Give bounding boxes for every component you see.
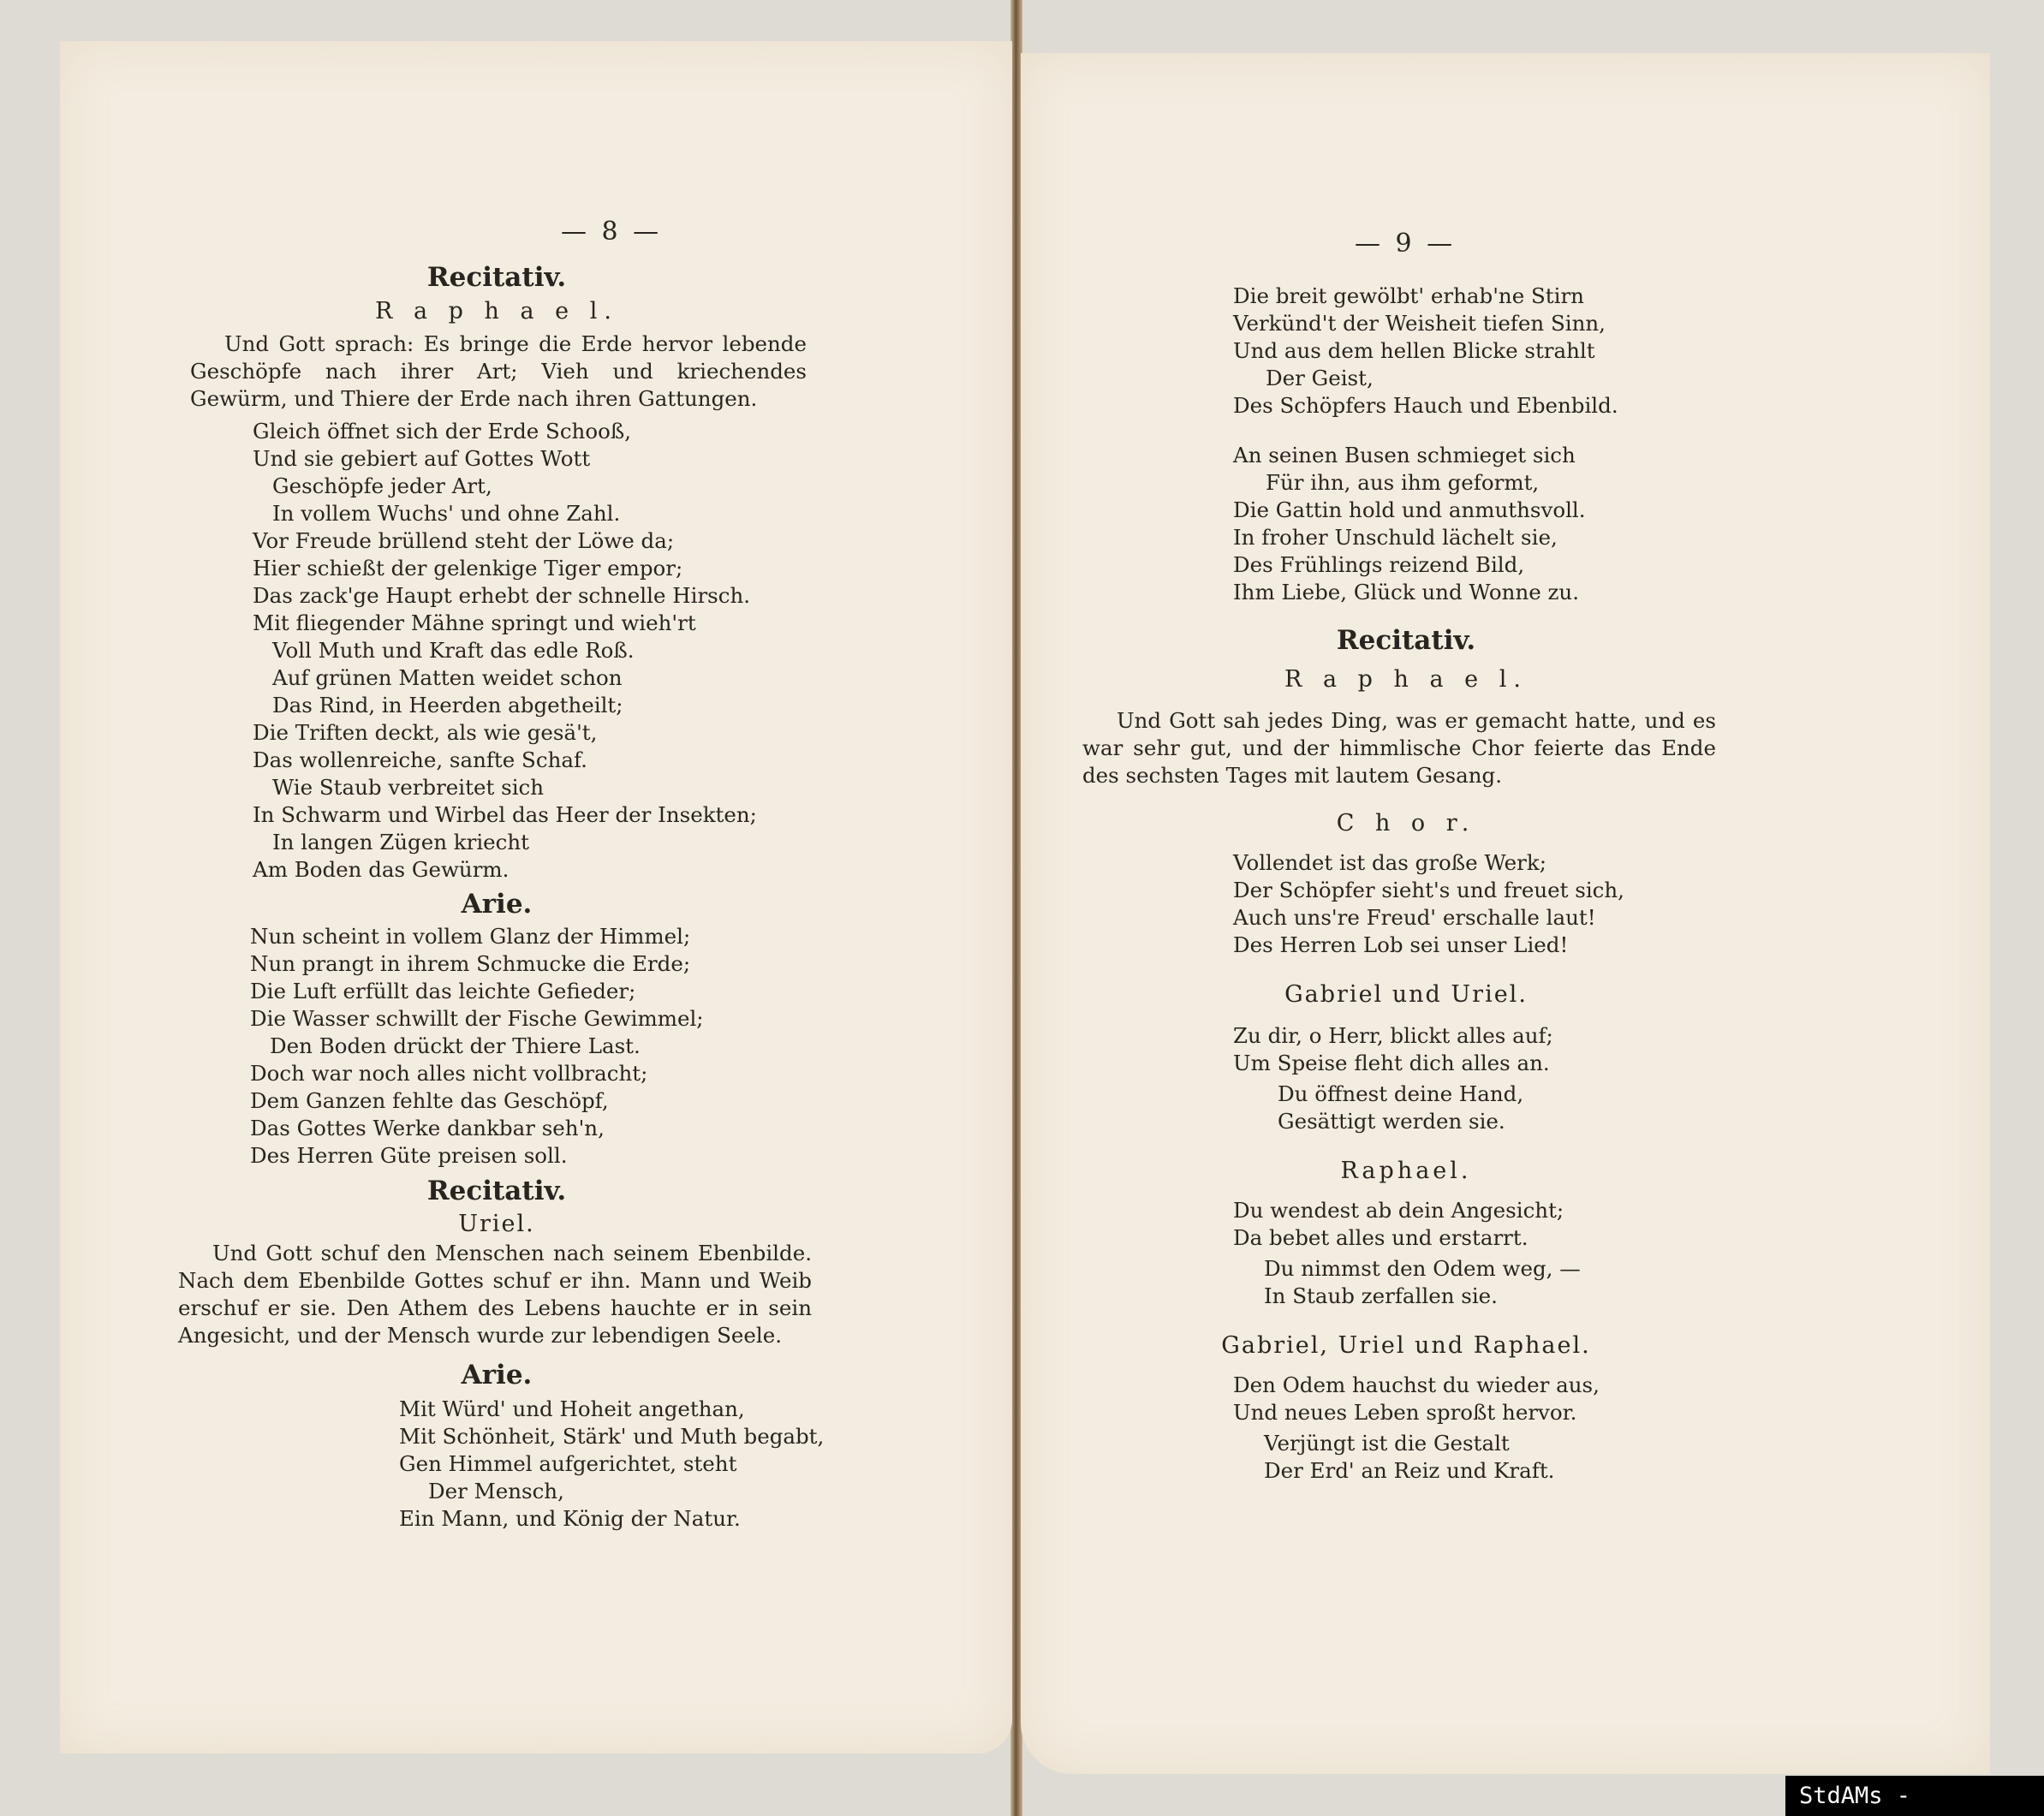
verse-line: Du öffnest deine Hand, [1278,1081,1523,1108]
verse-line: Des Herren Lob sei unser Lied! [1233,932,1568,959]
verse-line: Für ihn, aus ihm geformt, [1266,469,1539,497]
section-heading: Arie. [368,889,625,920]
verse-line: Auf grünen Matten weidet schon [272,664,623,692]
verse-line: Der Mensch, [428,1478,564,1505]
speaker-name: R a p h a e l. [1278,666,1534,693]
verse-line: Hier schießt der gelenkige Tiger empor; [253,555,682,582]
verse-line: Die Triften deckt, als wie gesä't, [253,719,597,747]
verse-line: Wie Staub verbreitet sich [272,774,544,801]
page-number: — 9 — [1355,229,1456,259]
verse-line: Der Schöpfer sieht's und freuet sich, [1233,877,1624,904]
verse-line: In langen Zügen kriecht [272,829,529,856]
verse-line: Du wendest ab dein Angesicht; [1233,1197,1564,1224]
verse-line: Nun scheint in vollem Glanz der Himmel; [250,923,690,950]
verse-line: Des Frühlings reizend Bild, [1233,551,1524,579]
verse-line: An seinen Busen schmieget sich [1233,442,1576,469]
speaker-name: Gabriel und Uriel. [1235,981,1577,1008]
verse-line: Des Schöpfers Hauch und Ebenbild. [1233,392,1618,420]
speaker-name: Raphael. [1278,1158,1534,1184]
verse-line: Du nimmst den Odem weg, — [1264,1255,1581,1283]
verse-line: Den Boden drückt der Thiere Last. [270,1033,641,1060]
verse-line: Die Gattin hold und anmuthsvoll. [1233,497,1586,524]
verse-line: Die breit gewölbt' erhab'ne Stirn [1233,283,1584,310]
verse-line: Da bebet alles und erstarrt. [1233,1224,1529,1252]
verse-line: Und aus dem hellen Blicke strahlt [1233,337,1595,365]
verse-line: Des Herren Güte preisen soll. [250,1142,568,1170]
right-page: — 9 — Die breit gewölbt' erhab'ne Stirn … [1021,53,1990,1774]
speaker-name: C h o r. [1278,810,1534,837]
verse-line: Voll Muth und Kraft das edle Roß. [272,637,635,664]
verse-line: Geschöpfe jeder Art, [272,473,492,500]
section-heading: Recitativ. [368,1176,625,1206]
verse-line: In froher Unschuld lächelt sie, [1233,524,1558,551]
verse-line: In Staub zerfallen sie. [1264,1283,1498,1310]
verse-line: Am Boden das Gewürm. [253,856,509,884]
verse-line: Dem Ganzen fehlte das Geschöpf, [250,1087,609,1115]
verse-line: Vor Freude brüllend steht der Löwe da; [253,527,674,555]
verse-line: Den Odem hauchst du wieder aus, [1233,1372,1600,1399]
verse-line: Das zack'ge Haupt erhebt der schnelle Hi… [253,582,750,610]
verse-line: Der Erd' an Reiz und Kraft. [1264,1457,1554,1485]
verse-line: Verkünd't der Weisheit tiefen Sinn, [1233,310,1606,337]
verse-line: Die Luft erfüllt das leichte Gefieder; [250,978,635,1005]
section-heading: Arie. [368,1360,625,1390]
speaker-name: Gabriel, Uriel und Raphael. [1192,1332,1620,1359]
recitative-prose: Und Gott sah jedes Ding, was er gemacht … [1082,707,1716,789]
verse-line: Verjüngt ist die Gestalt [1264,1430,1510,1457]
verse-line: Der Geist, [1266,365,1374,392]
speaker-name: R a p h a e l. [368,298,625,324]
recitative-prose: Und Gott schuf den Menschen nach seinem … [178,1240,812,1349]
verse-line: Zu dir, o Herr, blickt alles auf; [1233,1022,1553,1050]
verse-line: Gesättigt werden sie. [1278,1108,1505,1135]
verse-line: Gen Himmel aufgerichtet, steht [399,1450,736,1478]
recitative-prose: Und Gott sprach: Es bringe die Erde herv… [190,330,807,413]
archive-label: StdAMs - MV_004_381 [1785,1776,2044,1816]
verse-line: Nun prangt in ihrem Schmucke die Erde; [250,950,690,978]
verse-line: Und sie gebiert auf Gottes Wott [253,445,590,473]
verse-line: Die Wasser schwillt der Fische Gewimmel; [250,1005,704,1033]
verse-line: In vollem Wuchs' und ohne Zahl. [272,500,620,527]
verse-line: Und neues Leben sproßt hervor. [1233,1399,1576,1426]
section-heading: Recitativ. [1278,625,1534,656]
section-heading: Recitativ. [368,262,625,293]
verse-line: Mit Würd' und Hoheit angethan, [399,1396,745,1423]
verse-line: Mit fliegender Mähne springt und wieh'rt [253,610,696,637]
verse-line: Doch war noch alles nicht vollbracht; [250,1060,647,1087]
page-number: — 8 — [561,217,662,247]
verse-line: Ihm Liebe, Glück und Wonne zu. [1233,579,1579,606]
speaker-name: Uriel. [368,1211,625,1237]
verse-line: Gleich öffnet sich der Erde Schooß, [253,418,631,445]
verse-line: Auch uns're Freud' erschalle laut! [1233,904,1596,932]
left-page: — 8 — Recitativ. R a p h a e l. Und Gott… [60,41,1012,1753]
verse-line: Das Gottes Werke dankbar seh'n, [250,1115,605,1142]
verse-line: Ein Mann, und König der Natur. [399,1505,741,1533]
verse-line: Das wollenreiche, sanfte Schaf. [253,747,587,774]
verse-line: In Schwarm und Wirbel das Heer der Insek… [253,801,757,829]
verse-line: Vollendet ist das große Werk; [1233,849,1546,877]
verse-line: Das Rind, in Heerden abgetheilt; [272,692,623,719]
verse-line: Um Speise fleht dich alles an. [1233,1050,1550,1077]
verse-line: Mit Schönheit, Stärk' und Muth begabt, [399,1423,824,1450]
